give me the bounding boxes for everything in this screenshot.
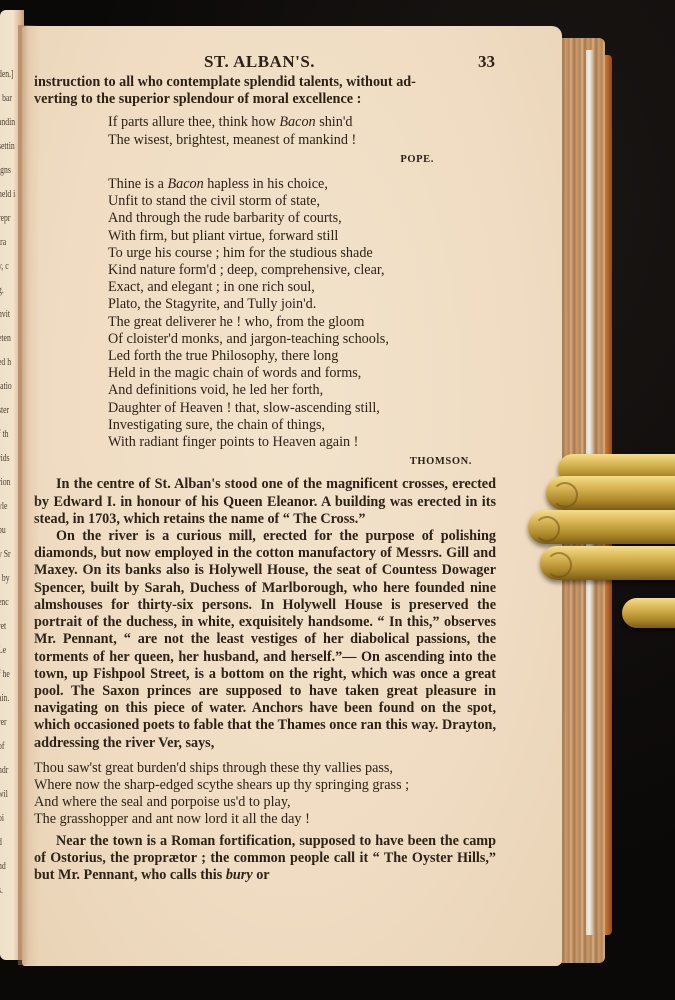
- left-page-text-fragment: rion: [0, 476, 10, 489]
- paragraph-roman: Near the town is a Roman fortification, …: [34, 833, 496, 885]
- verse-line: And definitions void, he led her forth,: [108, 382, 496, 399]
- book-page: ST. ALBAN'S. 33 instruction to all who c…: [22, 26, 562, 966]
- left-page-text-fragment: ndr: [0, 764, 8, 777]
- left-page-text-fragment: nvit: [0, 308, 10, 321]
- left-page-text-fragment: of: [0, 740, 4, 753]
- quote-drayton: Thou saw'st great burden'd ships through…: [34, 760, 496, 829]
- left-page-text-fragment: enc: [0, 596, 9, 609]
- left-page-text-fragment: d: [0, 836, 2, 849]
- left-page-text-fragment: oi: [0, 812, 4, 825]
- verse-line: With firm, but pliant virtue, forward st…: [108, 228, 496, 245]
- left-page-text-fragment: s.: [0, 884, 3, 897]
- paragraph-river: On the river is a curious mill, erected …: [34, 528, 496, 752]
- page-body: instruction to all who contemplate splen…: [34, 74, 496, 884]
- fingernail: [546, 552, 572, 578]
- verse-line: Led forth the true Philosophy, there lon…: [108, 348, 496, 365]
- left-page-text-fragment: ret: [0, 620, 6, 633]
- verse-line: With radiant finger points to Heaven aga…: [108, 434, 496, 451]
- verse-line: Unfit to stand the civil storm of state,: [108, 193, 496, 210]
- verse-line: Daughter of Heaven ! that, slow-ascendin…: [108, 400, 496, 417]
- left-page-text-fragment: f th: [0, 428, 8, 441]
- opening-line: instruction to all who contemplate splen…: [34, 74, 496, 91]
- verse-line: The wisest, brightest, meanest of mankin…: [108, 132, 496, 149]
- fingernail: [534, 516, 560, 542]
- verse-line: Held in the magic chain of words and for…: [108, 365, 496, 382]
- verse-line: And where the seal and porpoise us'd to …: [34, 794, 496, 811]
- verse-line: Plato, the Stagyrite, and Tully join'd.: [108, 296, 496, 313]
- left-page-text-fragment: ain.: [0, 692, 9, 705]
- left-page-text-fragment: repr: [0, 212, 10, 225]
- left-page-text-fragment: Le: [0, 644, 6, 657]
- left-page-text-fragment: y Sr: [0, 548, 11, 561]
- left-page-text-fragment: t bar: [0, 92, 12, 105]
- attribution-pope: POPE.: [34, 151, 434, 168]
- verse-line: The great deliverer he ! who, from the g…: [108, 314, 496, 331]
- left-page-text-fragment: g.: [0, 284, 4, 297]
- verse-line: To urge his course ; him for the studiou…: [108, 245, 496, 262]
- left-page-text-fragment: neld i: [0, 188, 15, 201]
- left-page-text-fragment: andin: [0, 116, 15, 129]
- left-page-text-fragment: f he: [0, 668, 10, 681]
- left-page-text-fragment: wil: [0, 788, 8, 801]
- verse-line: Kind nature form'd ; deep, comprehensive…: [108, 262, 496, 279]
- quote-thomson: Thine is a Bacon hapless in his choice,U…: [108, 176, 496, 451]
- opening-line: verting to the superior splendour of mor…: [34, 91, 496, 108]
- left-page-text-fragment: igns: [0, 164, 11, 177]
- brass-hand-page-holder: [526, 448, 675, 638]
- page-number: 33: [478, 52, 495, 72]
- brass-finger: [540, 546, 675, 580]
- verse-line: Exact, and elegant ; in one rich soul,: [108, 279, 496, 296]
- left-page-text-fragment: rids: [0, 452, 10, 465]
- verse-line: Thou saw'st great burden'd ships through…: [34, 760, 496, 777]
- left-page-text-fragment: den.]: [0, 68, 14, 81]
- left-page-text-fragment: eten: [0, 332, 11, 345]
- gutter-shadow: [18, 25, 40, 965]
- verse-line: If parts allure thee, think how Bacon sh…: [108, 114, 496, 131]
- left-page-text-fragment: ed h: [0, 356, 11, 369]
- left-page-text-fragment: bu: [0, 524, 6, 537]
- left-page-text-fragment: nd: [0, 860, 6, 873]
- fingernail: [552, 482, 578, 508]
- verse-line: And through the rude barbarity of courts…: [108, 210, 496, 227]
- opening-lines: instruction to all who contemplate splen…: [34, 74, 496, 108]
- brass-finger: [546, 476, 675, 510]
- attribution-thomson: THOMSON.: [34, 453, 472, 470]
- left-page-text-fragment: ster: [0, 404, 9, 417]
- left-page-text-fragment: , by: [0, 572, 10, 585]
- brass-finger: [528, 510, 675, 544]
- running-head-title: ST. ALBAN'S.: [204, 52, 315, 72]
- left-page-text-fragment: settin: [0, 140, 15, 153]
- brass-thumb: [622, 598, 675, 628]
- quote-pope: If parts allure thee, think how Bacon sh…: [108, 114, 496, 148]
- paragraph-cross: In the centre of St. Alban's stood one o…: [34, 476, 496, 528]
- verse-line: Where now the sharp-edged scythe shears …: [34, 777, 496, 794]
- verse-line: Of cloister'd monks, and jargon-teaching…: [108, 331, 496, 348]
- left-page-text-fragment: rer: [0, 716, 7, 729]
- verse-line: Thine is a Bacon hapless in his choice,: [108, 176, 496, 193]
- left-page-text-fragment: y, c: [0, 260, 9, 273]
- left-page-text-fragment: tra: [0, 236, 6, 249]
- verse-line: Investigating sure, the chain of things,: [108, 417, 496, 434]
- left-page-text-fragment: yle: [0, 500, 7, 513]
- left-page-text-fragment: iatio: [0, 380, 12, 393]
- running-head: ST. ALBAN'S. 33: [22, 52, 562, 74]
- verse-line: The grasshopper and ant now lord it all …: [34, 811, 496, 828]
